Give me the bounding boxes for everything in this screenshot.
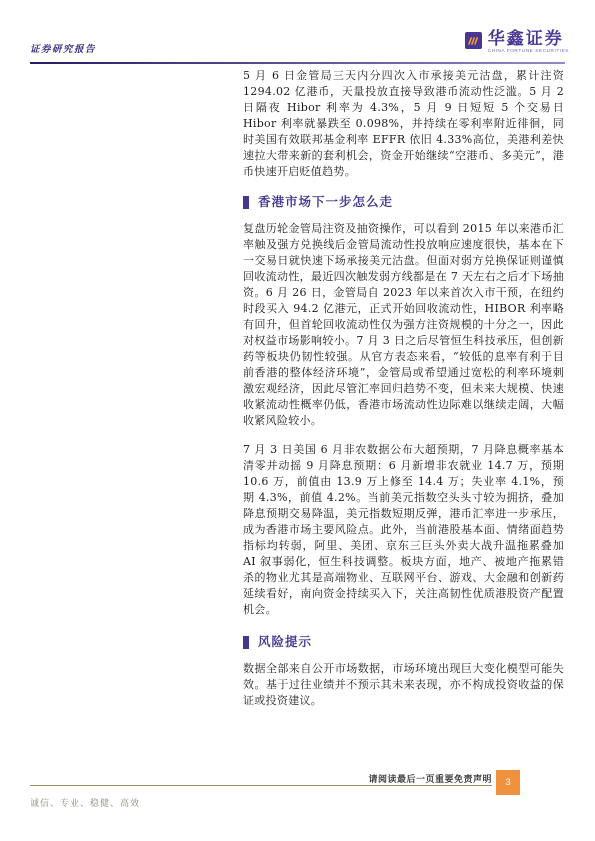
company-logo: 华鑫证券 CHINA FORTUNE SECURITIES	[465, 30, 569, 54]
report-body-column: 5 月 6 日金管局三天内分四次入市承接美元沽盘，累计注资 1294.02 亿港…	[243, 68, 564, 709]
header-divider	[30, 62, 565, 64]
paragraph-nonfarm-outlook: 7 月 3 日美国 6 月非农数据公布大超预期，7 月降息概率基本清零并动摇 9…	[243, 442, 564, 618]
section-title-hk-market: 香港市场下一步怎么走	[258, 195, 393, 209]
company-name: 华鑫证券	[488, 30, 564, 49]
page-number-badge: 3	[496, 770, 520, 795]
section-heading-risk: 风险提示	[243, 635, 564, 649]
report-page: 证券研究报告 华鑫证券 CHINA FORTUNE SECURITIES 5 月…	[0, 0, 595, 841]
footer-divider	[30, 785, 492, 786]
paragraph-hkma-operations: 复盘历轮金管局注资及抽资操作，可以看到 2015 年以来港币汇率触及强方兑换线后…	[243, 221, 564, 429]
section-title-risk: 风险提示	[258, 635, 312, 649]
section-bar-icon	[243, 636, 249, 649]
section-bar-icon	[243, 196, 249, 209]
paragraph-risk-disclaimer: 数据全部来自公开市场数据，市场环境出现巨大变化模型可能失效。基于过往业绩并不预示…	[243, 661, 564, 709]
report-type-label: 证券研究报告	[30, 41, 96, 55]
footer-disclaimer-text: 请阅读最后一页重要免责声明	[368, 772, 492, 785]
huaxin-logo-icon	[465, 32, 482, 49]
company-logo-text: 华鑫证券 CHINA FORTUNE SECURITIES	[488, 30, 569, 54]
company-name-english: CHINA FORTUNE SECURITIES	[488, 49, 569, 54]
section-heading-hk-market: 香港市场下一步怎么走	[243, 195, 564, 209]
company-motto: 诚信、专业、稳健、高效	[30, 796, 140, 809]
paragraph-liquidity-flood: 5 月 6 日金管局三天内分四次入市承接美元沽盘，累计注资 1294.02 亿港…	[243, 68, 564, 180]
